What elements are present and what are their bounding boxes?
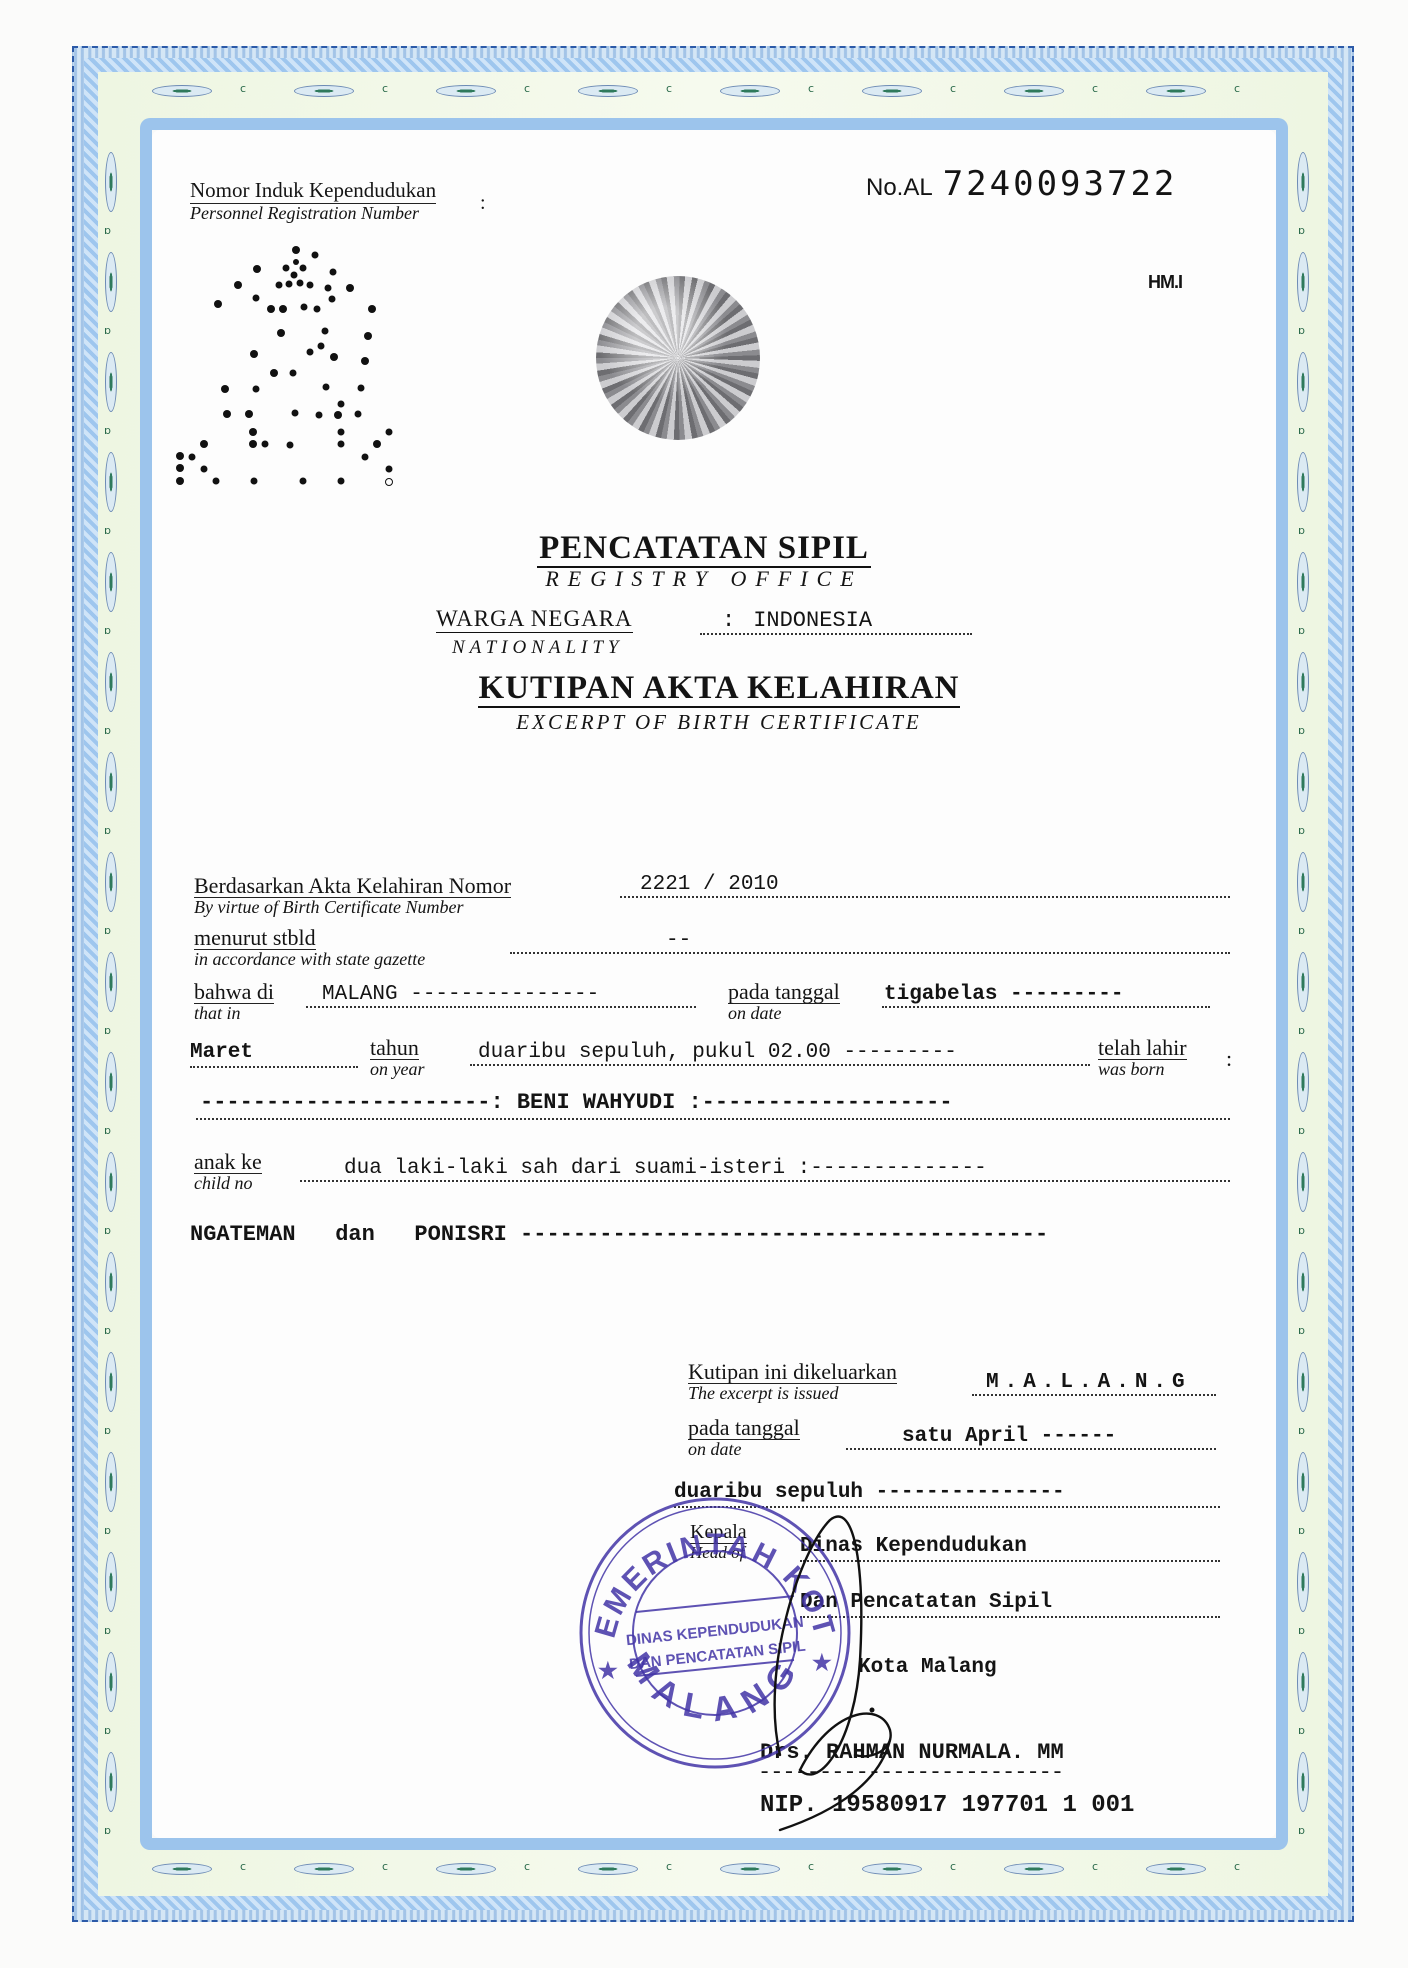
serial-prefix: No.AL <box>866 174 933 202</box>
border-ornament-icon <box>104 1550 118 1614</box>
born-label: telah lahir <box>1098 1036 1187 1060</box>
nationality-label-en: NATIONALITY <box>452 637 624 659</box>
border-ornament-icon: c <box>240 1860 246 1873</box>
perforated-nik-icon <box>160 240 420 500</box>
year-label-block: tahun on year <box>370 1036 424 1078</box>
border-ornament-icon <box>1296 1750 1310 1814</box>
border-ornament-icon: ɒ <box>1298 424 1305 437</box>
birth-date-label: pada tanggal <box>728 980 840 1004</box>
border-ornament-icon <box>1296 350 1310 414</box>
office-title-en: REGISTRY OFFICE <box>0 566 1408 592</box>
born-colon: : <box>1226 1046 1232 1072</box>
child-no-label-en: child no <box>194 1174 262 1192</box>
child-name-field: ----------------------: BENI WAHYUDI :--… <box>196 1090 1230 1120</box>
certificate-title-en: EXCERPT OF BIRTH CERTIFICATE <box>0 710 1408 735</box>
border-ornament-icon <box>1296 150 1310 214</box>
border-ornament-icon: ɒ <box>104 624 111 637</box>
border-ornament-icon: ɒ <box>104 924 111 937</box>
document-code: HM.I <box>1148 272 1182 293</box>
border-ornament-icon <box>104 1450 118 1514</box>
border-ornament-icon: ɒ <box>104 1124 111 1137</box>
border-ornament-icon: c <box>240 82 246 95</box>
act-number-label: Berdasarkan Akta Kelahiran Nomor <box>194 874 511 898</box>
birth-date-label-block: pada tanggal on date <box>728 980 840 1022</box>
year-label-en: on year <box>370 1060 424 1078</box>
stbld-field: -- <box>510 928 1230 954</box>
border-ornament-icon: ɒ <box>1298 1624 1305 1637</box>
border-ornament-icon: c <box>1092 1860 1098 1873</box>
border-ornament-icon: c <box>808 82 814 95</box>
act-number-field: 2221 / 2010 <box>620 872 1230 898</box>
border-ornament-icon: ɒ <box>1298 1224 1305 1237</box>
border-ornament-icon <box>1144 1862 1208 1876</box>
border-ornament-icon: ɒ <box>1298 924 1305 937</box>
nik-label-block: Nomor Induk Kependudukan Personnel Regis… <box>190 178 436 224</box>
nationality-label: WARGA NEGARA <box>436 606 633 632</box>
border-ornament-icon: ɒ <box>104 424 111 437</box>
border-ornament-icon: ɒ <box>104 824 111 837</box>
serial-number-value: 7240093722 <box>943 164 1178 204</box>
border-ornament-icon: c <box>382 1860 388 1873</box>
place-field: MALANG --------------- <box>306 982 696 1008</box>
place-label-block: bahwa di that in <box>194 980 274 1022</box>
border-ornament-icon <box>104 950 118 1014</box>
border-ornament-icon: ɒ <box>1298 624 1305 637</box>
border-ornament-icon <box>1296 850 1310 914</box>
border-ornament-icon <box>1296 1550 1310 1614</box>
border-ornament-icon: ɒ <box>1298 1824 1305 1837</box>
border-ornament-icon: ɒ <box>104 1524 111 1537</box>
child-no-field: dua laki-laki sah dari suami-isteri :---… <box>300 1156 1230 1182</box>
certificate-title-text: KUTIPAN AKTA KELAHIRAN <box>478 670 959 708</box>
place-label: bahwa di <box>194 980 274 1004</box>
border-ornament-icon <box>1296 250 1310 314</box>
issued-label-en: The excerpt is issued <box>688 1384 897 1402</box>
border-ornament-icon <box>1296 950 1310 1014</box>
office-title: PENCATATAN SIPIL <box>0 530 1408 567</box>
border-ornament-icon <box>292 84 356 98</box>
border-ornament-icon: ɒ <box>1298 824 1305 837</box>
border-ornament-icon: ɒ <box>1298 1724 1305 1737</box>
act-number-label-en: By virtue of Birth Certificate Number <box>194 898 511 916</box>
border-ornament-icon <box>1144 84 1208 98</box>
certificate-title: KUTIPAN AKTA KELAHIRAN <box>0 670 1408 707</box>
place-label-en: that in <box>194 1004 274 1022</box>
year-label: tahun <box>370 1036 419 1060</box>
border-ornament-icon: ɒ <box>104 324 111 337</box>
nik-label: Nomor Induk Kependudukan <box>190 178 436 204</box>
issued-place-field: M.A.L.A.N.G <box>972 1370 1216 1396</box>
border-ornament-icon: c <box>666 1860 672 1873</box>
nik-label-en: Personnel Registration Number <box>190 203 436 224</box>
child-no-label-block: anak ke child no <box>194 1150 262 1192</box>
stbld-label-block: menurut stbld in accordance with state g… <box>194 926 425 968</box>
issue-date-label-en: on date <box>688 1440 800 1458</box>
border-ornament-icon <box>1296 1250 1310 1314</box>
border-ornament-icon <box>292 1862 356 1876</box>
birth-year-time-field: duaribu sepuluh, pukul 02.00 --------- <box>470 1040 1090 1066</box>
born-label-block: telah lahir was born <box>1098 1036 1187 1078</box>
border-ornament-icon <box>150 1862 214 1876</box>
nationality-value: INDONESIA <box>753 608 872 633</box>
office-title-text: PENCATATAN SIPIL <box>537 530 871 568</box>
border-ornament-icon <box>718 84 782 98</box>
border-ornament-icon <box>1002 84 1066 98</box>
border-ornament-icon: ɒ <box>1298 1024 1305 1037</box>
border-ornament-icon <box>104 450 118 514</box>
border-ornament-icon: ɒ <box>1298 1324 1305 1337</box>
issue-date-label-block: pada tanggal on date <box>688 1416 800 1458</box>
issued-label-block: Kutipan ini dikeluarkan The excerpt is i… <box>688 1360 897 1402</box>
border-ornament-icon <box>718 1862 782 1876</box>
border-ornament-icon <box>1296 1150 1310 1214</box>
serial-number: No.AL 7240093722 <box>866 164 1177 204</box>
border-ornament-icon <box>104 350 118 414</box>
border-ornament-icon: ɒ <box>1298 1524 1305 1537</box>
border-ornament-icon <box>1296 750 1310 814</box>
border-ornament-icon <box>434 84 498 98</box>
border-ornament-icon: c <box>950 82 956 95</box>
border-ornament-icon: ɒ <box>104 1324 111 1337</box>
issued-label: Kutipan ini dikeluarkan <box>688 1360 897 1384</box>
border-ornament-icon <box>104 850 118 914</box>
border-ornament-icon <box>104 1350 118 1414</box>
border-ornament-icon: c <box>808 1860 814 1873</box>
stbld-label-en: in accordance with state gazette <box>194 950 425 968</box>
border-ornament-icon: ɒ <box>104 224 111 237</box>
stbld-label: menurut stbld <box>194 926 316 950</box>
border-ornament-icon <box>1002 1862 1066 1876</box>
border-ornament-icon <box>104 1250 118 1314</box>
border-ornament-icon <box>576 1862 640 1876</box>
border-ornament-icon <box>860 84 924 98</box>
signature-icon <box>760 1510 1080 1840</box>
border-ornament-icon <box>104 150 118 214</box>
border-ornament-icon: ɒ <box>1298 1124 1305 1137</box>
border-ornament-icon <box>150 84 214 98</box>
border-ornament-icon: ɒ <box>1298 1424 1305 1437</box>
border-ornament-icon: ɒ <box>1298 224 1305 237</box>
issue-date-field: satu April ------ <box>846 1424 1216 1450</box>
parents-line: NGATEMAN dan PONISRI -------------------… <box>190 1222 1048 1247</box>
border-ornament-icon: ɒ <box>1298 324 1305 337</box>
border-ornament-icon <box>104 250 118 314</box>
child-no-label: anak ke <box>194 1150 262 1174</box>
act-number-label-block: Berdasarkan Akta Kelahiran Nomor By virt… <box>194 874 511 916</box>
border-ornament-icon <box>1296 450 1310 514</box>
border-ornament-icon: c <box>1092 82 1098 95</box>
border-ornament-icon <box>860 1862 924 1876</box>
border-ornament-icon: ɒ <box>104 1724 111 1737</box>
border-ornament-icon <box>104 1050 118 1114</box>
issue-date-label: pada tanggal <box>688 1416 800 1440</box>
birth-date-label-en: on date <box>728 1004 840 1022</box>
border-ornament-icon: ɒ <box>104 1624 111 1637</box>
border-ornament-icon: c <box>666 82 672 95</box>
border-ornament-icon: c <box>950 1860 956 1873</box>
born-label-en: was born <box>1098 1060 1187 1078</box>
nationality-separator: : <box>722 608 735 633</box>
border-ornament-icon: c <box>382 82 388 95</box>
birth-date-field: tigabelas --------- <box>882 982 1210 1008</box>
border-ornament-icon: c <box>1234 1860 1240 1873</box>
border-ornament-icon <box>104 1150 118 1214</box>
nationality-label-text: WARGA NEGARA <box>436 606 633 633</box>
border-ornament-icon: ɒ <box>104 1024 111 1037</box>
border-ornament-icon: c <box>1234 82 1240 95</box>
hologram-seal-icon <box>596 276 760 440</box>
border-ornament-icon <box>1296 1650 1310 1714</box>
border-ornament-icon: ɒ <box>104 1824 111 1837</box>
svg-text:★: ★ <box>598 1658 618 1683</box>
border-ornament-icon: ɒ <box>104 1424 111 1437</box>
nik-colon: : <box>480 192 486 215</box>
border-ornament-icon: ɒ <box>104 1224 111 1237</box>
border-ornament-icon <box>104 750 118 814</box>
border-ornament-icon <box>1296 1050 1310 1114</box>
border-ornament-icon <box>434 1862 498 1876</box>
border-ornament-icon: c <box>524 82 530 95</box>
border-ornament-icon <box>104 1750 118 1814</box>
border-ornament-icon <box>104 1650 118 1714</box>
border-ornament-icon <box>1296 1450 1310 1514</box>
border-ornament-icon <box>576 84 640 98</box>
border-ornament-icon: c <box>524 1860 530 1873</box>
birth-month-field: Maret <box>190 1040 358 1068</box>
nationality-value-field: : INDONESIA <box>700 608 972 635</box>
border-ornament-icon <box>1296 1350 1310 1414</box>
